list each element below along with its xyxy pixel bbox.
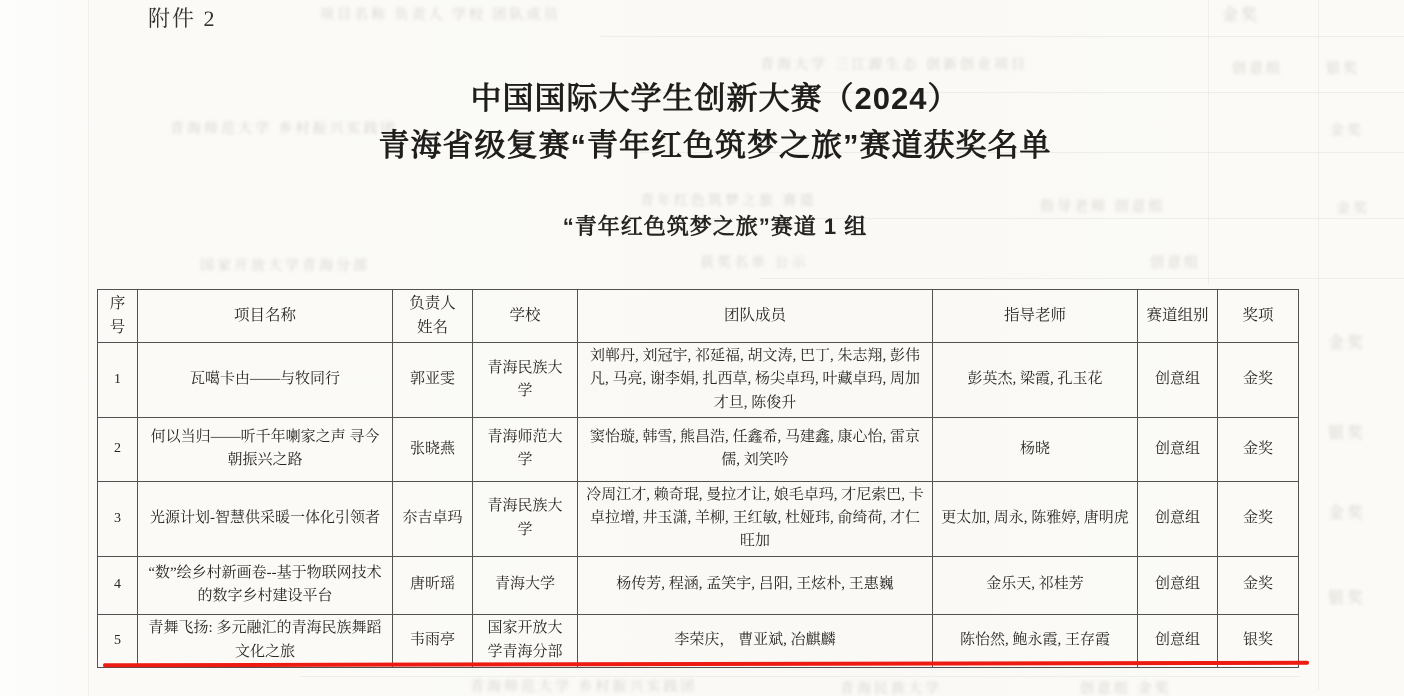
table-row: 2 何以当归——听千年喇家之声 寻今朝振兴之路 张晓燕 青海师范大学 窦怡璇, … [98,417,1299,481]
awards-table: 序号 项目名称 负责人姓名 学校 团队成员 指导老师 赛道组别 奖项 1 瓦噶卡… [97,289,1299,668]
cell-track-group: 创意组 [1138,343,1218,418]
ghost-text: 青海师范大学 乡村振兴实践团 [470,676,698,696]
document-title: 中国国际大学生创新大赛（2024） 青海省级复赛“青年红色筑梦之旅”赛道获奖名单 [0,76,1404,169]
cell-serial: 3 [98,481,138,556]
cell-instructors: 杨晓 [933,417,1138,481]
ghost-text: 青海大学 三江源生态 创新创业项目 [760,54,1028,74]
title-line-1: 中国国际大学生创新大赛（2024） [26,76,1404,123]
cell-serial: 5 [98,614,138,667]
column-header-group: 赛道组别 [1138,290,1218,343]
cell-leader-name: 韦雨亭 [393,614,473,667]
cell-award: 金奖 [1218,417,1299,481]
cell-instructors: 金乐天, 祁桂芳 [933,556,1138,614]
cell-school: 青海民族大学 [473,343,578,418]
attachment-label: 附件 2 [148,2,217,33]
group-subtitle: “青年红色筑梦之旅”赛道 1 组 [0,210,1404,241]
ghost-text: 银奖 [1328,585,1366,608]
ghost-text: 金奖 [1328,500,1366,523]
cell-leader-name: 张晓燕 [393,417,473,481]
cell-award: 金奖 [1218,556,1299,614]
column-header-teachers: 指导老师 [933,290,1138,343]
cell-team-members: 刘郸丹, 刘冠宇, 祁延福, 胡文涛, 巴丁, 朱志翔, 彭伟凡, 马亮, 谢李… [578,343,933,418]
column-header-leader: 负责人姓名 [393,290,473,343]
cell-school: 国家开放大学青海分部 [473,614,578,667]
cell-track-group: 创意组 [1138,417,1218,481]
table-header-row: 序号 项目名称 负责人姓名 学校 团队成员 指导老师 赛道组别 奖项 [98,290,1299,343]
cell-team-members: 杨传芳, 程涵, 孟笑宇, 吕阳, 王炫朴, 王惠巍 [578,556,933,614]
ghost-text: 国家开放大学青海分部 [200,255,370,275]
ghost-text: 青年红色筑梦之旅 赛道 [640,190,817,210]
cell-instructors: 陈怡然, 鲍永霞, 王存霞 [933,614,1138,667]
scanned-document-page: 项目名称 负责人 学校 团队成员 金奖 青海大学 三江源生态 创新创业项目 创意… [0,0,1404,696]
ghost-text: 创意组 [1150,252,1201,272]
cell-project-name: 瓦噶卡甴——与牧同行 [138,343,393,418]
cell-team-members: 李荣庆， 曹亚斌, 冶麒麟 [578,614,933,667]
cell-leader-name: 唐昕瑶 [393,556,473,614]
cell-serial: 4 [98,556,138,614]
column-header-school: 学校 [473,290,578,343]
cell-project-name: 青舞飞扬: 多元融汇的青海民族舞蹈文化之旅 [138,614,393,667]
cell-leader-name: 郭亚雯 [393,343,473,418]
ghost-line [760,278,1404,279]
cell-school: 青海师范大学 [473,417,578,481]
cell-award: 金奖 [1218,481,1299,556]
column-header-leader-label: 负责人姓名 [408,292,458,339]
cell-school: 青海民族大学 [473,481,578,556]
column-header-project: 项目名称 [138,290,393,343]
cell-team-members: 窦怡璇, 韩雪, 熊昌浩, 任鑫希, 马建鑫, 康心怡, 雷京儒, 刘笑吟 [578,417,933,481]
cell-serial: 2 [98,417,138,481]
cell-project-name: 何以当归——听千年喇家之声 寻今朝振兴之路 [138,417,393,481]
ghost-text: 获奖名单 公示 [700,252,809,272]
ghost-text: 项目名称 负责人 学校 团队成员 [320,4,561,24]
table-row: 5 青舞飞扬: 多元融汇的青海民族舞蹈文化之旅 韦雨亭 国家开放大学青海分部 李… [98,614,1299,667]
cell-school: 青海大学 [473,556,578,614]
column-header-award: 奖项 [1218,290,1299,343]
ghost-text: 银奖 [1326,58,1360,78]
cell-serial: 1 [98,343,138,418]
ghost-line [600,36,1404,37]
cell-leader-name: 夵吉卓玛 [393,481,473,556]
cell-project-name: 光源计划-智慧供采暖一体化引领者 [138,481,393,556]
cell-instructors: 更太加, 周永, 陈雅婷, 唐明虎 [933,481,1138,556]
cell-track-group: 创意组 [1138,481,1218,556]
column-header-serial: 序号 [98,290,138,343]
ghost-text: 创意组 [1232,58,1283,78]
cell-award: 金奖 [1218,343,1299,418]
table-row: 1 瓦噶卡甴——与牧同行 郭亚雯 青海民族大学 刘郸丹, 刘冠宇, 祁延福, 胡… [98,343,1299,418]
ghost-text: 青海民族大学 [840,678,942,696]
cell-project-name: “数”绘乡村新画卷--基于物联网技术的数字乡村建设平台 [138,556,393,614]
ghost-line [300,676,1300,677]
cell-award: 银奖 [1218,614,1299,667]
cell-track-group: 创意组 [1138,614,1218,667]
table-row: 3 光源计划-智慧供采暖一体化引领者 夵吉卓玛 青海民族大学 冷周江才, 赖奇琨… [98,481,1299,556]
cell-instructors: 彭英杰, 梁霞, 孔玉花 [933,343,1138,418]
table-row: 4 “数”绘乡村新画卷--基于物联网技术的数字乡村建设平台 唐昕瑶 青海大学 杨… [98,556,1299,614]
title-line-2: 青海省级复赛“青年红色筑梦之旅”赛道获奖名单 [26,123,1404,170]
cell-team-members: 冷周江才, 赖奇琨, 曼拉才让, 娘毛卓玛, 才尼索巴, 卡卓拉增, 井玉潇, … [578,481,933,556]
cell-track-group: 创意组 [1138,556,1218,614]
ghost-text: 银奖 [1328,420,1366,443]
ghost-text: 创意组 金奖 [1080,678,1172,696]
ghost-text: 金奖 [1222,2,1260,25]
ghost-text: 金奖 [1328,330,1366,353]
column-header-members: 团队成员 [578,290,933,343]
